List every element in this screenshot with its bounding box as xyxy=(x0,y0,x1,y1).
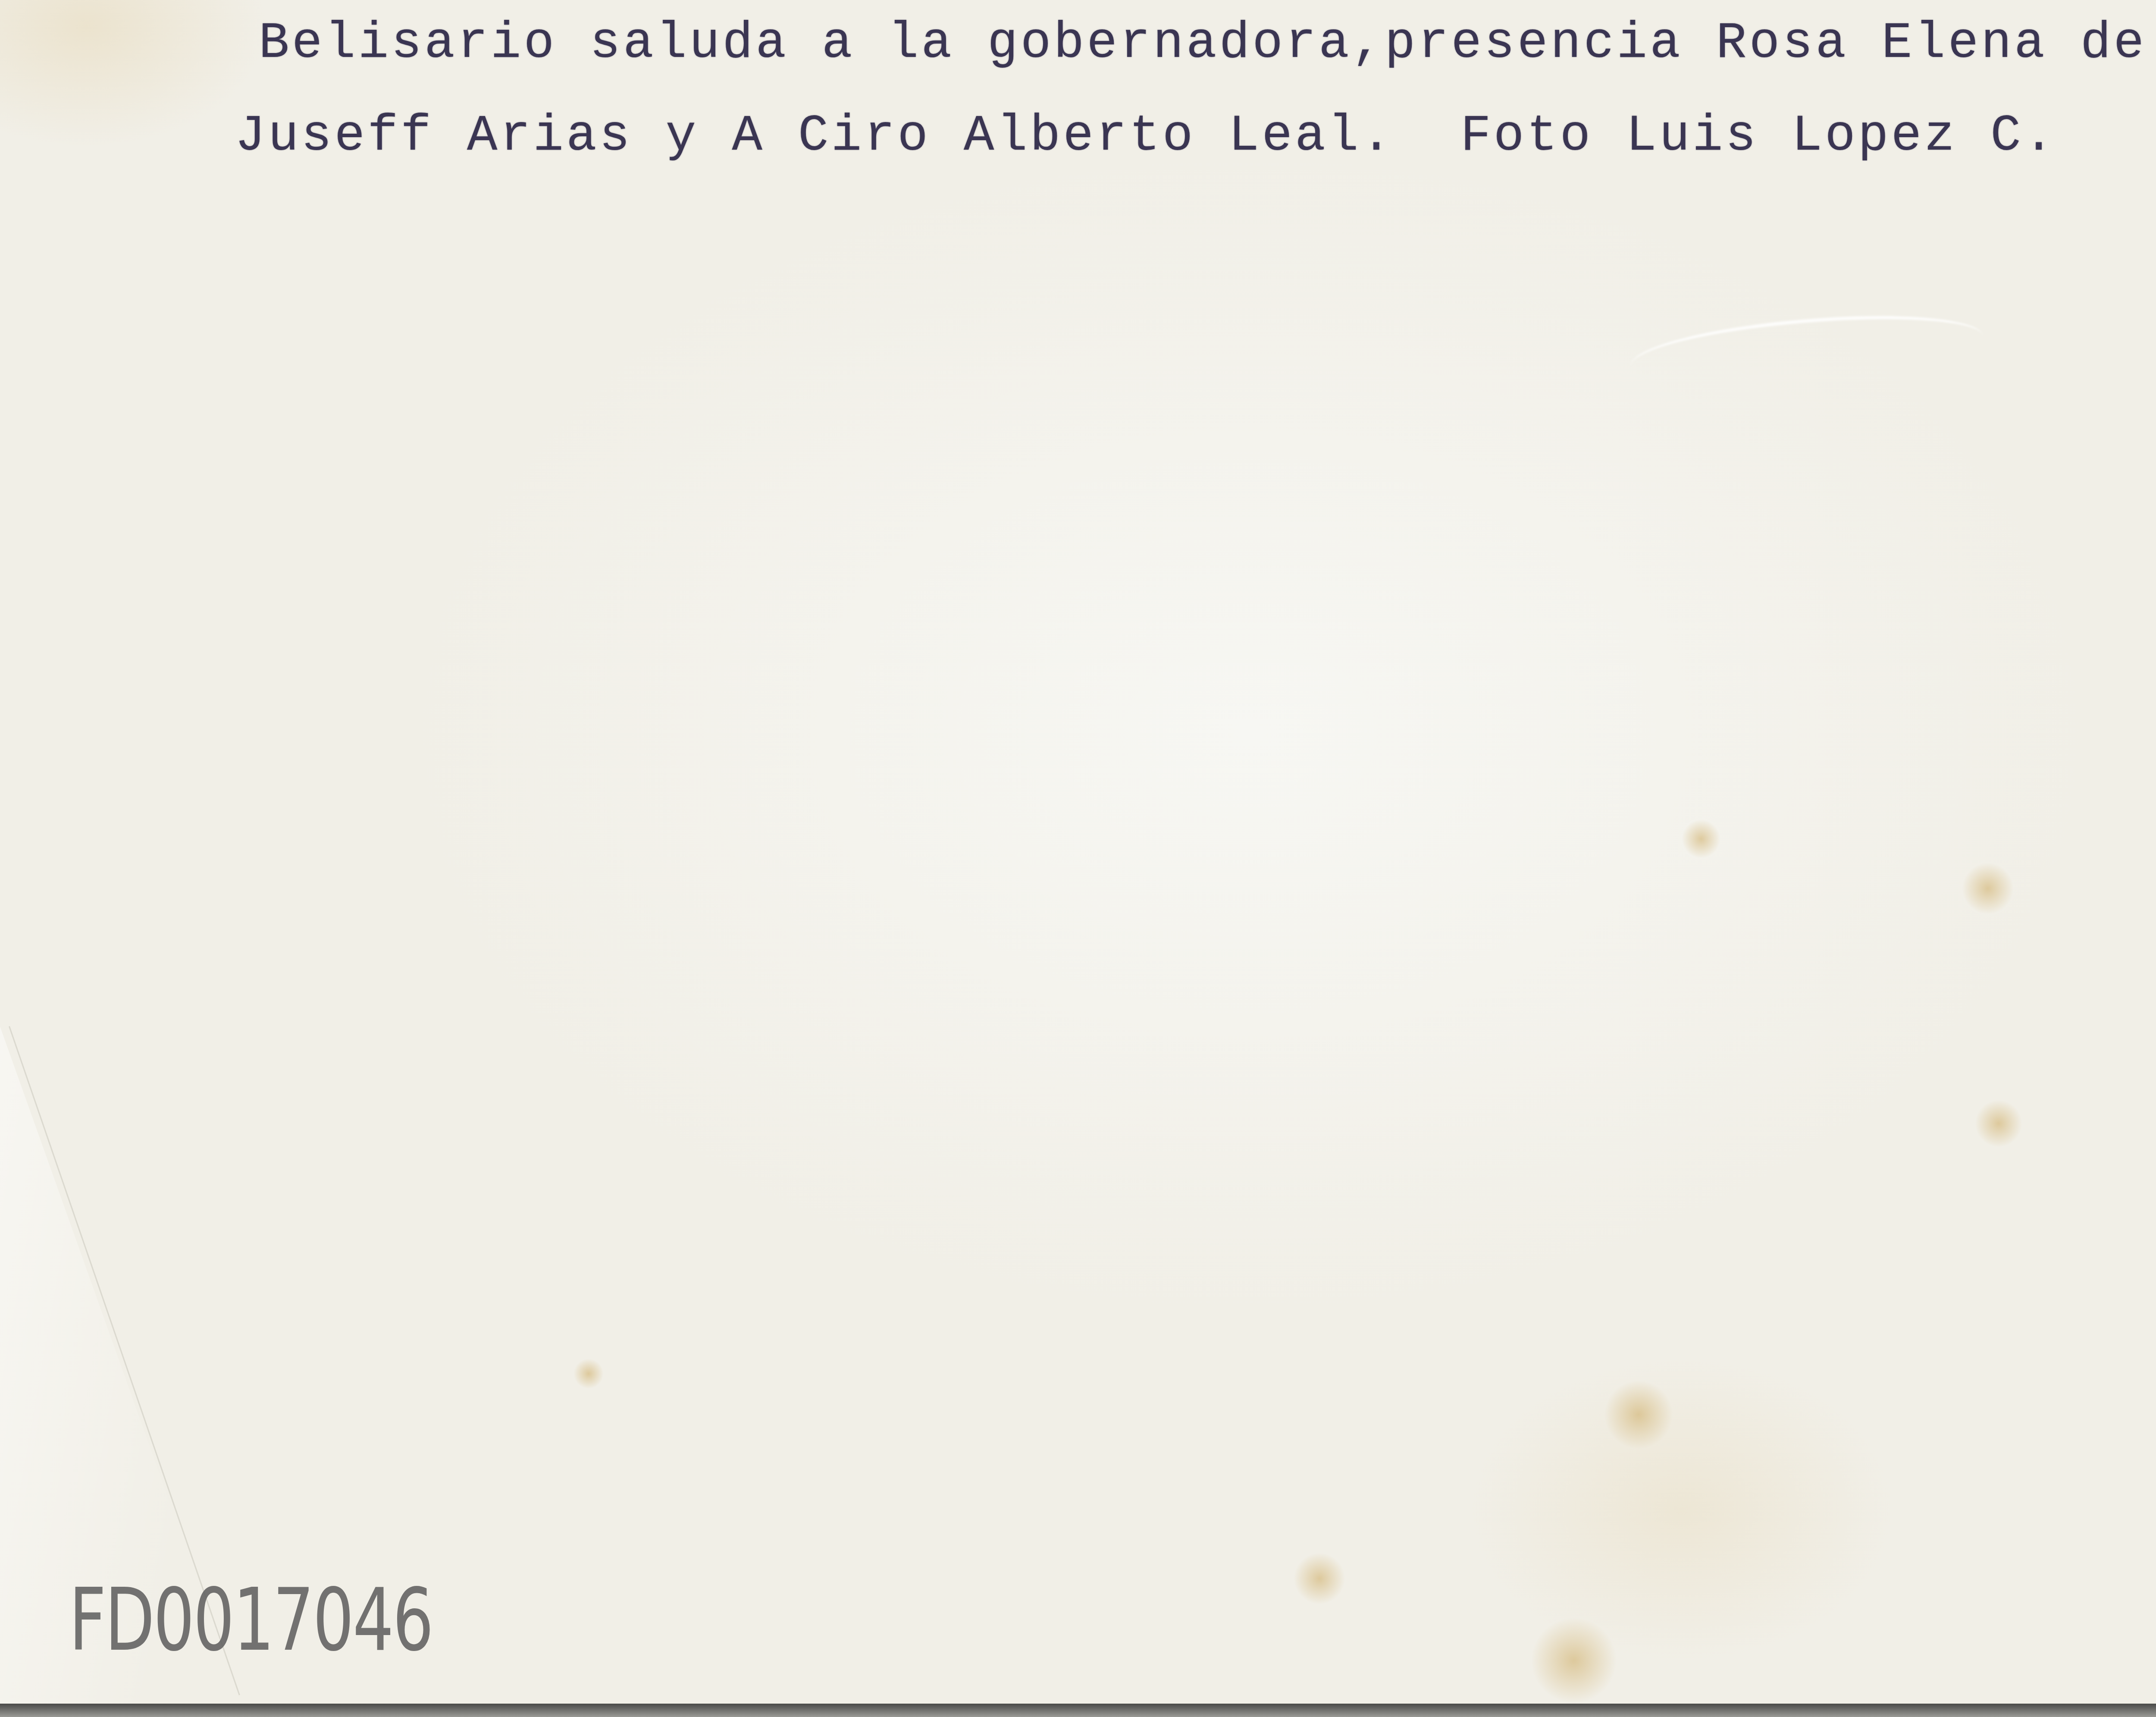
foxing-stain xyxy=(1682,819,1720,858)
foxing-stain xyxy=(1975,1100,2022,1147)
foxing-stain xyxy=(1531,1617,1617,1704)
paper-crease xyxy=(1628,307,1985,396)
caption-line-2: Juseff Arias y A Ciro Alberto Leal. Foto… xyxy=(235,108,2057,165)
foxing-stain xyxy=(573,1359,604,1389)
foxing-stain xyxy=(1962,863,2014,914)
caption-line-1: Belisario saluda a la gobernadora,presen… xyxy=(259,15,2156,72)
foxing-stain xyxy=(1294,1553,1345,1604)
photo-back-sheet: Belisario saluda a la gobernadora,presen… xyxy=(0,0,2156,1704)
archive-id-pencil: FD0017046 xyxy=(69,1570,432,1670)
foxing-stain xyxy=(1604,1380,1673,1449)
scan-bottom-edge xyxy=(0,1704,2156,1717)
